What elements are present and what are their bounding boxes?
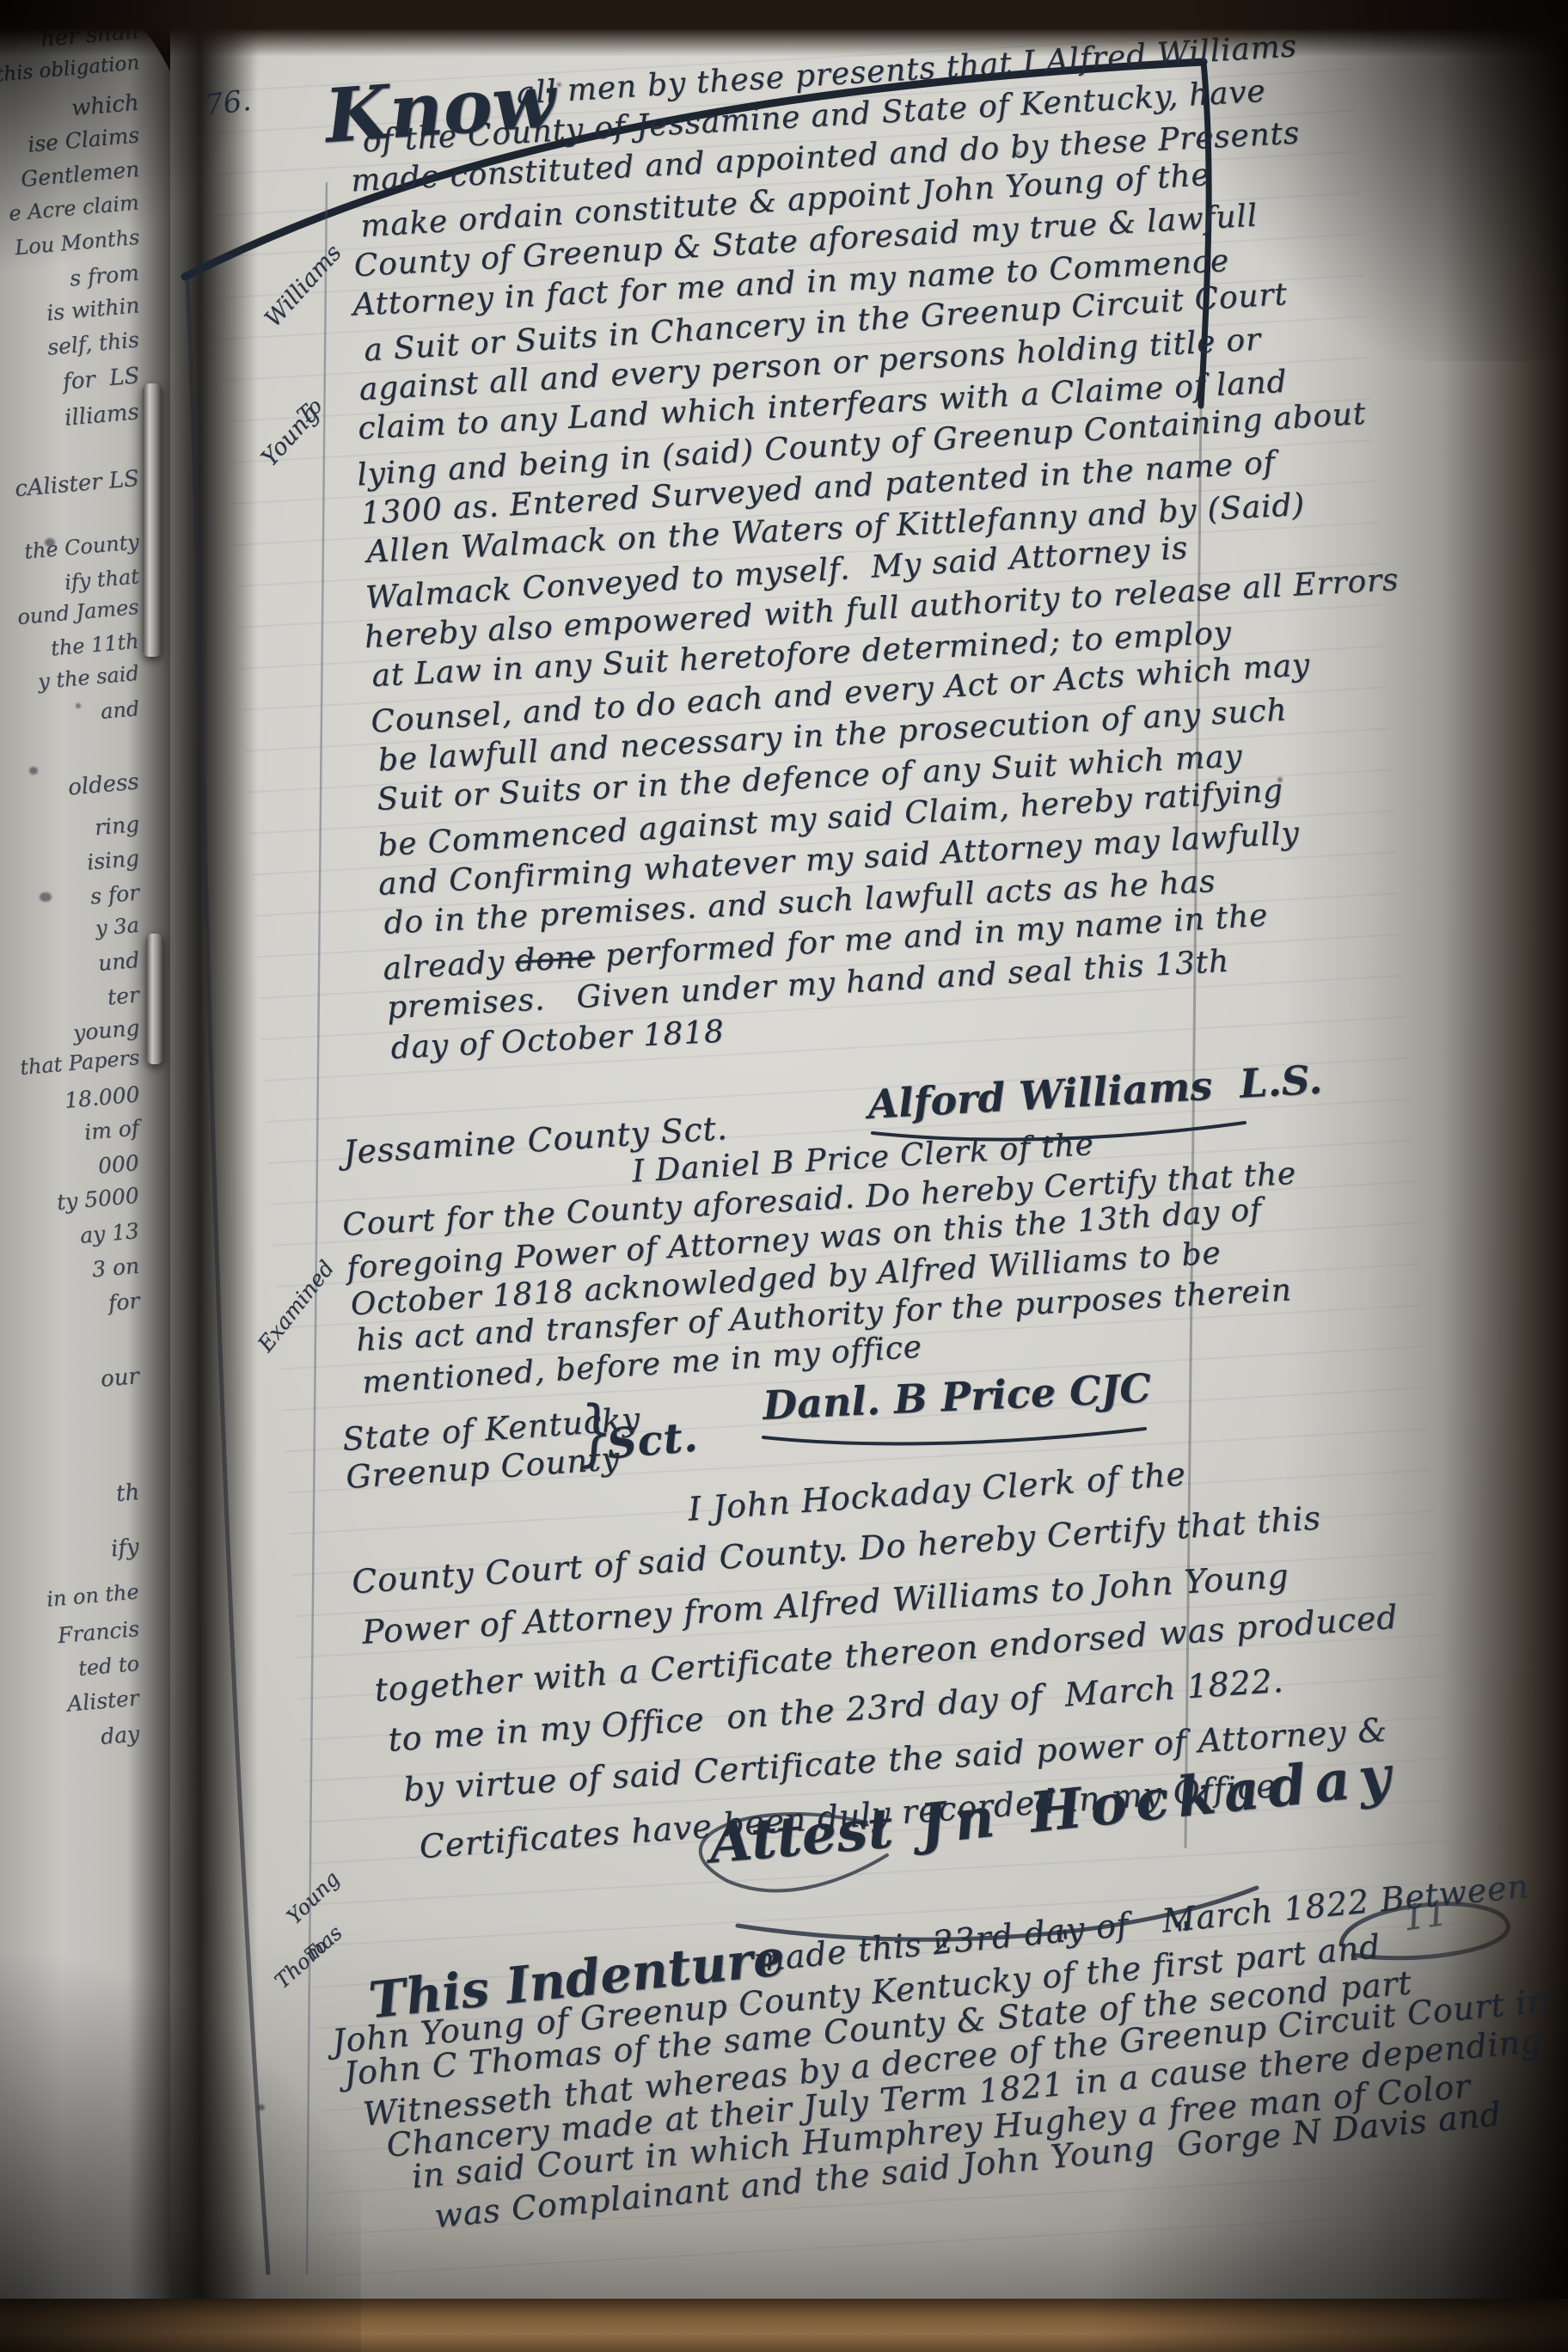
- left-page-text-fragment: and: [100, 696, 140, 724]
- left-page-text-fragment: the 11th: [50, 629, 140, 661]
- left-page-text-fragment: that Papers: [19, 1045, 140, 1080]
- left-page-text-fragment: Francis: [57, 1616, 140, 1648]
- left-page-text-fragment: 3 on: [91, 1253, 140, 1283]
- ink-spot: [29, 767, 38, 775]
- left-page-text-fragment: our: [100, 1363, 140, 1393]
- left-page-text-fragment: ter: [107, 982, 140, 1009]
- left-page-text-fragment: im of: [83, 1115, 140, 1144]
- ink-spot: [1277, 777, 1283, 782]
- ink-spot: [76, 703, 81, 708]
- left-page-text-fragment: Gentlemen: [20, 156, 140, 192]
- wood-table-edge: [0, 2299, 1568, 2352]
- left-page-text-fragment: for LS: [62, 363, 141, 395]
- left-page-text-fragment: y 3a: [95, 913, 140, 940]
- left-page-text-fragment: ise Claims: [27, 122, 140, 156]
- left-page-text-fragment: Alister: [66, 1685, 140, 1716]
- left-page-text-fragment: 18.000: [63, 1081, 140, 1113]
- left-page-text-fragment: ring: [94, 812, 140, 840]
- page-number: 76.: [203, 83, 254, 123]
- left-page-text-fragment: cAlister LS: [14, 466, 140, 503]
- left-page-text-fragment: e Acre claim: [8, 190, 140, 225]
- left-page-text-fragment: in on the: [46, 1579, 140, 1611]
- left-page-text-fragment: th: [115, 1479, 141, 1507]
- ink-spot: [45, 538, 55, 547]
- ink-spot: [258, 2104, 265, 2110]
- left-page-text-fragment: f this obligation: [0, 52, 140, 88]
- left-page-text-fragment: ify: [110, 1534, 140, 1563]
- left-page-text-fragment: s for: [89, 880, 140, 910]
- left-page-text-fragment: 000: [97, 1150, 140, 1179]
- photo-stage: her shallf this obligationwhichise Claim…: [0, 0, 1568, 2352]
- left-page-text-fragment: the County: [23, 530, 140, 564]
- ink-spot: [557, 83, 561, 87]
- left-page-text-fragment: oldess: [67, 769, 140, 800]
- left-page-text-fragment: ising: [86, 845, 140, 874]
- struck-word: done: [514, 939, 596, 979]
- left-page-text-fragment: which: [70, 90, 140, 122]
- left-page-text-fragment: ify that: [64, 564, 140, 594]
- ink-spot: [40, 892, 52, 902]
- left-page-text-fragment: ound James: [16, 595, 139, 629]
- top-shadow-band: [0, 0, 1568, 57]
- left-page-text-fragment: y the said: [37, 661, 140, 694]
- left-page-text-fragment: day: [100, 1721, 140, 1749]
- left-page-text-fragment: for: [107, 1288, 141, 1315]
- left-page-text-fragment: self, this: [46, 327, 140, 359]
- left-page-text-fragment: ay 13: [79, 1218, 140, 1248]
- left-page-text-fragment: illiams: [64, 399, 140, 431]
- left-page-text-fragment: ted to: [77, 1651, 140, 1681]
- left-page-text-fragment: is within: [46, 292, 141, 325]
- left-page-text-fragment: und: [97, 947, 141, 976]
- left-page-text-fragment: s from: [69, 260, 140, 291]
- left-page-text-fragment: Lou Months: [14, 225, 140, 260]
- left-page-text-fragment: young: [71, 1015, 140, 1046]
- ink-spot: [1016, 151, 1020, 156]
- left-page-fragments: her shallf this obligationwhichise Claim…: [0, 0, 146, 2352]
- left-page-text-fragment: ty 5000: [56, 1183, 140, 1215]
